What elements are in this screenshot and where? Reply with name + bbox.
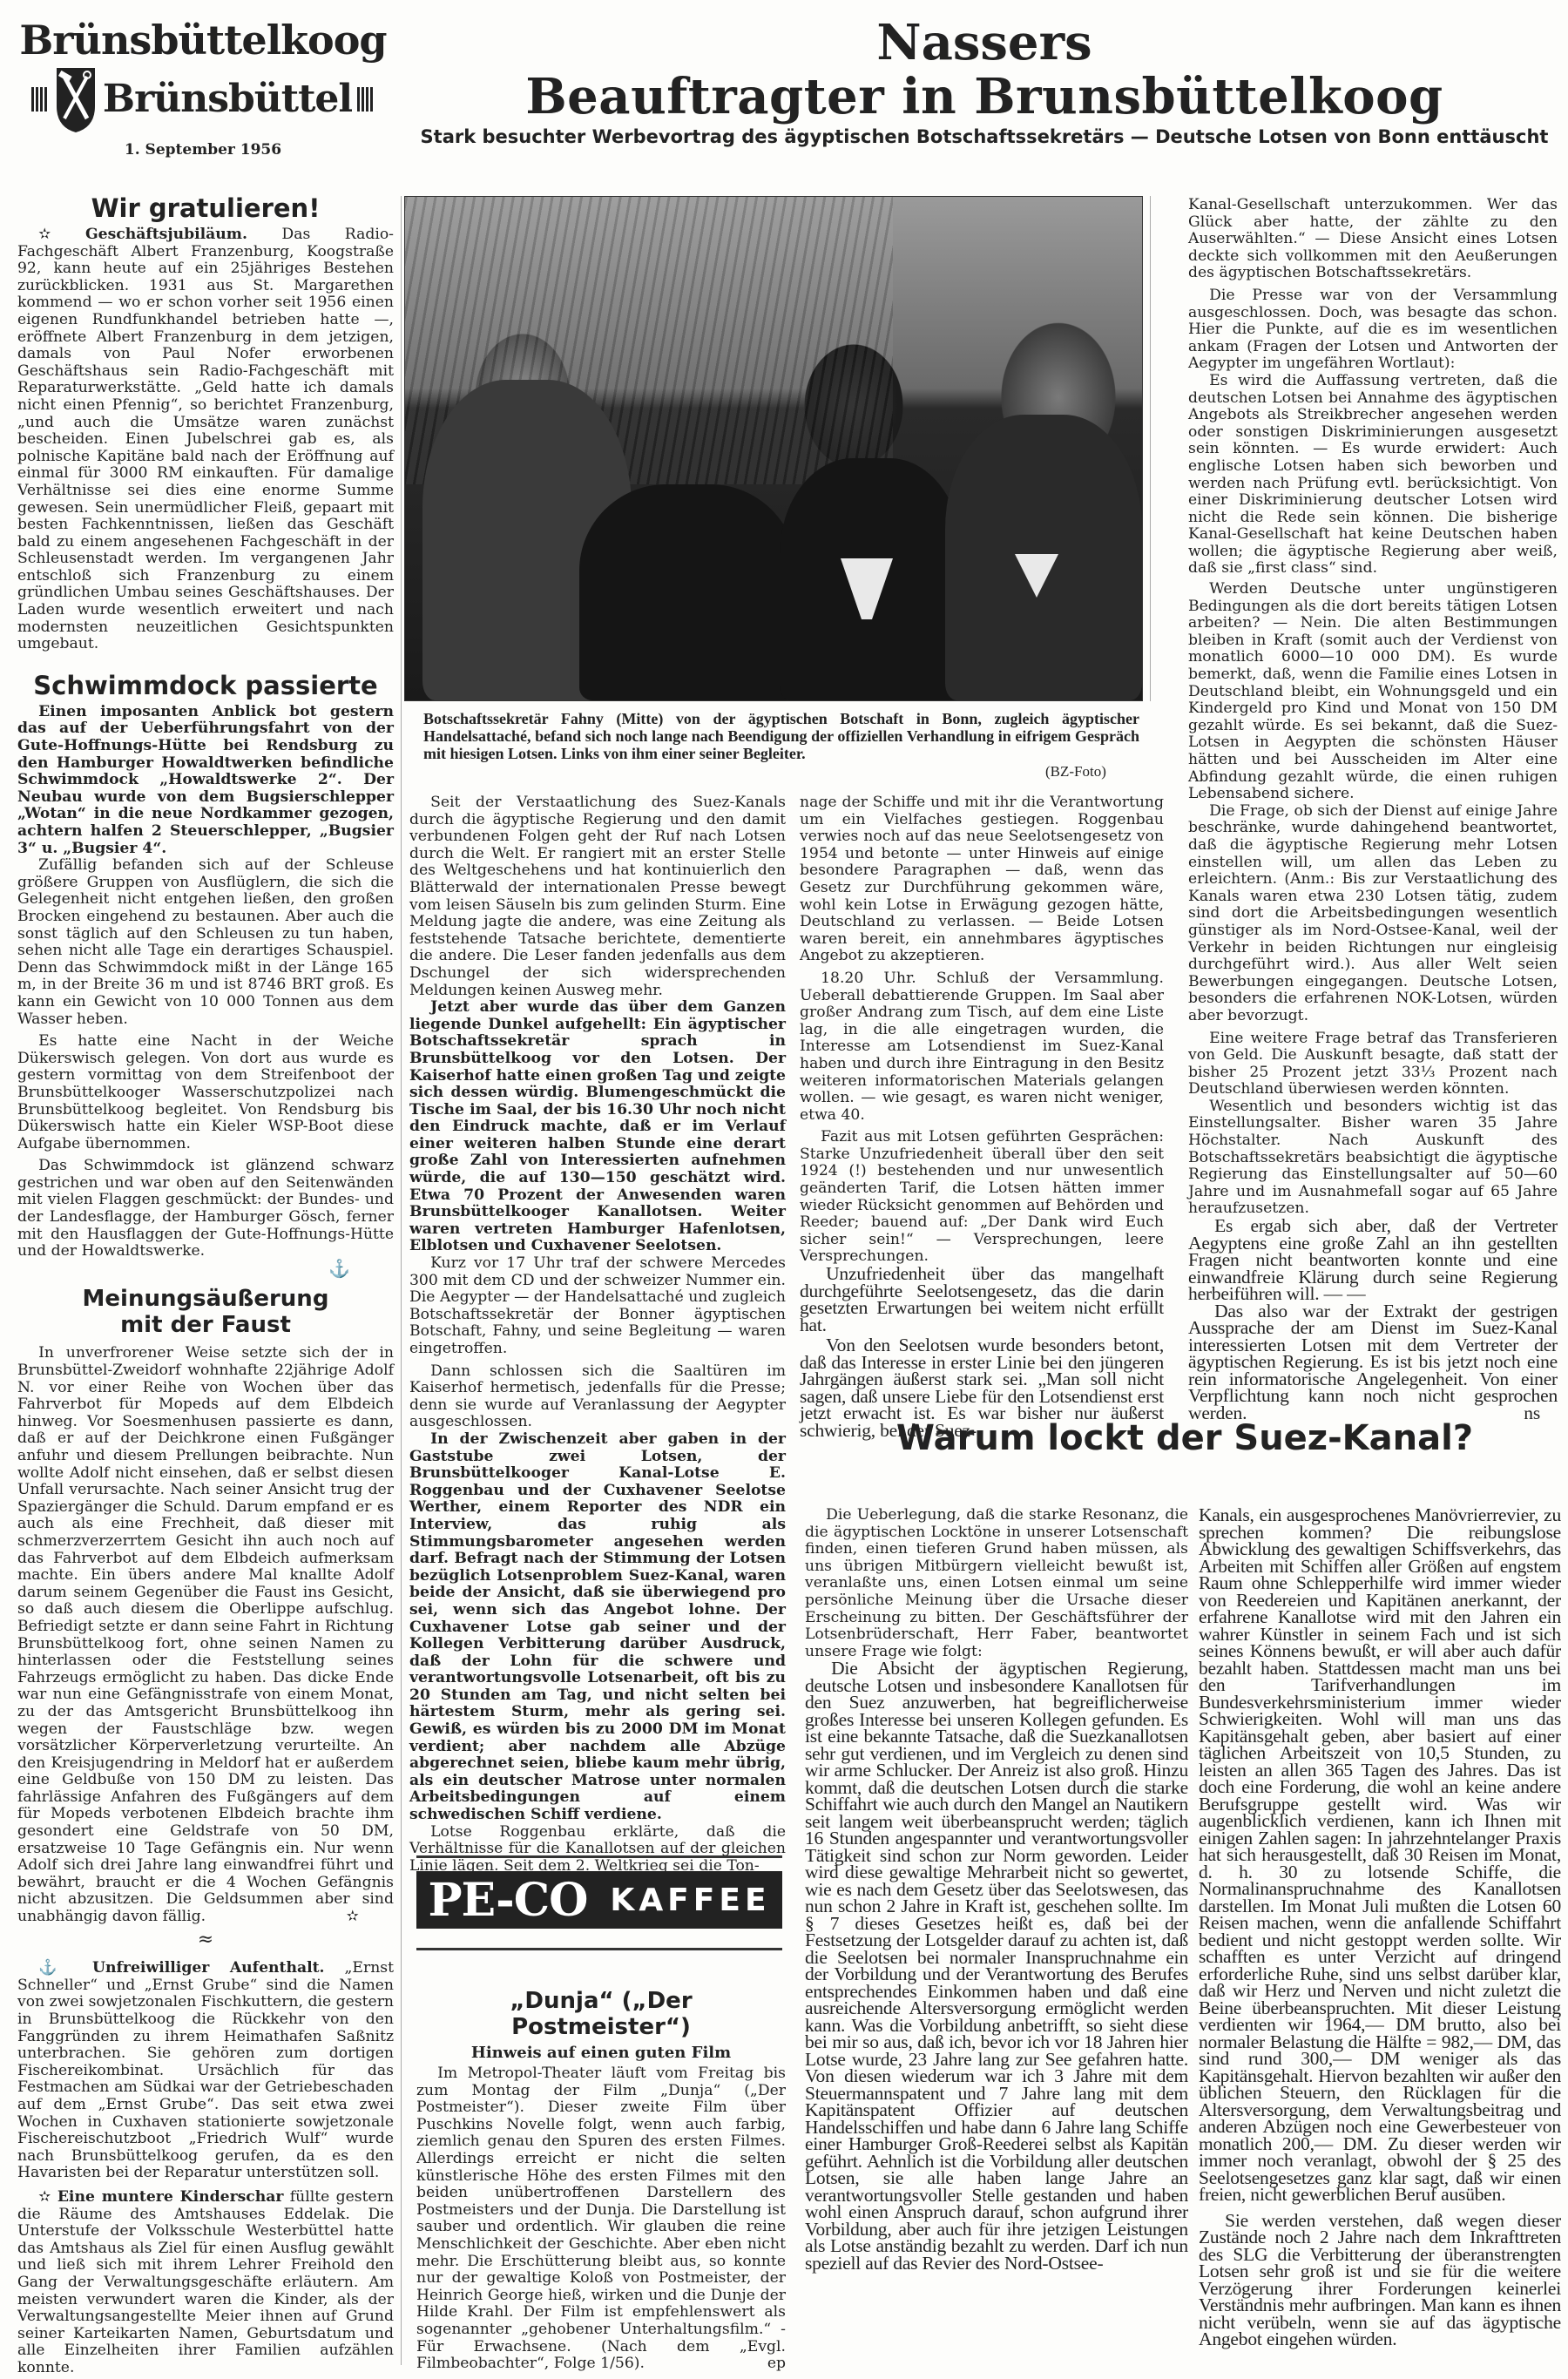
article-aufenthalt: ⚓ Unfreiwilliger Aufenthalt. „Ernst Schn… — [17, 1960, 394, 2182]
paragraph: Die Frage, ob sich der Dienst auf einige… — [1188, 803, 1558, 1025]
paragraph: Lotse Roggenbau erklärte, daß die Verhäl… — [409, 1824, 786, 1875]
paragraph: Die Ueberlegung, daß die starke Resonanz… — [805, 1507, 1188, 1660]
photo-caption: Botschaftssekretär Fahny (Mitte) von der… — [423, 710, 1139, 762]
lead-bold: Unfreiwilliger Aufenthalt. — [92, 1959, 325, 1977]
paragraph: Es hatte eine Nacht in der Weiche Dükers… — [17, 1033, 394, 1152]
ad-product: KAFFEE — [610, 1882, 770, 1918]
article-faust: In unverfrorener Weise setzte sich der i… — [17, 1345, 394, 1948]
masthead: Brünsbüttelkoog Brünsbüttel 1. September… — [16, 16, 390, 159]
paragraph: Sie werden verstehen, daß wegen dieser Z… — [1199, 2213, 1561, 2349]
paragraph: 18.20 Uhr. Schluß der Versammlung. Ueber… — [800, 970, 1164, 1124]
suez-article-title: Warum lockt der Suez-Kanal? — [801, 1418, 1568, 1458]
title-line2: mit der Faust — [17, 1312, 394, 1338]
paragraph: Es wird die Auffassung vertreten, daß di… — [1188, 373, 1558, 578]
paragraph-bold: Jetzt aber wurde das über dem Ganzen lie… — [409, 999, 786, 1255]
paragraph: Kanals, ein ausgesprochenes Manövrierrev… — [1199, 1507, 1561, 2204]
paragraph-text: Das also war der Extrakt der gestrigen A… — [1188, 1301, 1558, 1423]
article-schwimmdock: Einen imposanten Anblick bot gestern das… — [17, 704, 394, 1278]
paragraph: Unzufriedenheit über das mangelhaft durc… — [800, 1266, 1164, 1334]
main-subheadline: Stark besuchter Werbevortrag des ägyptis… — [401, 127, 1568, 147]
main-article-col3: Kanal-Gesellschaft unterzukommen. Wer da… — [1188, 197, 1558, 1422]
paragraph: Das also war der Extrakt der gestrigen A… — [1188, 1303, 1558, 1423]
divider-wave-icon: ≈ — [17, 1931, 394, 1949]
film-review: „Dunja“ („Der Postmeister“) Hinweis auf … — [416, 1988, 786, 2379]
anchor-hammer-crest-icon — [54, 64, 98, 134]
article-text: In unverfrorener Weise setzte sich der i… — [17, 1344, 394, 1925]
column-divider — [401, 196, 402, 2365]
left-column: Wir gratulieren! ✫ Geschäftsjubiläum. Da… — [17, 193, 394, 2376]
photo-figure-second — [579, 484, 797, 700]
paragraph: Dann schlossen sich die Saaltüren im Kai… — [409, 1363, 786, 1431]
lead-bold: Geschäftsjubiläum. — [85, 226, 247, 243]
suez-article-col1: Die Ueberlegung, daß die starke Resonanz… — [805, 1507, 1188, 2272]
paragraph: Fazit aus mit Lotsen geführten Gespräche… — [800, 1129, 1164, 1266]
anchor-signature-icon: ⚓ — [38, 1959, 92, 1977]
author-signature: ep — [747, 2355, 786, 2373]
paragraph: Es ergab sich aber, daß der Vertreter Ae… — [1188, 1218, 1558, 1303]
paragraph: Die Absicht der ägyptischen Regierung, d… — [805, 1660, 1188, 2272]
anchor-signature-icon: ⚓ — [17, 1260, 394, 1278]
article-text: Im Metropol-Theater läuft vom Freitag bi… — [416, 2065, 786, 2372]
article-text: „Ernst Schneller“ und „Ernst Grube“ sind… — [17, 1959, 394, 2181]
main-headline-block: Nassers Beauftragter in Brunsbüttelkoog … — [401, 16, 1568, 147]
advertisement-peco-kaffee: PE-CO KAFFEE — [416, 1871, 782, 1929]
paragraph: Zufällig befanden sich auf der Schleuse … — [17, 857, 394, 1028]
ad-rule-bottom — [416, 1948, 782, 1950]
ad-brand: PE-CO — [428, 1874, 587, 1927]
paragraph: Kurz vor 17 Uhr traf der schwere Mercede… — [409, 1255, 786, 1358]
news-photo — [404, 196, 1143, 701]
suez-article-col2: Kanals, ein ausgesprochenes Manövrierrev… — [1199, 1507, 1561, 2349]
main-article-col2: nage der Schiffe und mit ihr die Verantw… — [800, 794, 1164, 1439]
film-review-body: Im Metropol-Theater läuft vom Freitag bi… — [416, 2065, 786, 2373]
paragraph: Die Presse war von der Versammlung ausge… — [1188, 287, 1558, 373]
ribbon-right-icon — [357, 87, 375, 112]
star-outline-icon: ✫ — [326, 1909, 359, 1926]
ribbon-left-icon — [31, 87, 49, 112]
paragraph: Eine weitere Frage betraf das Transferie… — [1188, 1031, 1558, 1098]
main-headline-line1: Nassers — [401, 16, 1568, 70]
article-kinderschar: ✫ Eine muntere Kinderschar füllte gester… — [17, 2189, 394, 2377]
issue-date: 1. September 1956 — [16, 141, 390, 159]
article-text: Das Radio-Fachgeschäft Albert Franzenbur… — [17, 226, 394, 652]
photo-credit: (BZ-Foto) — [1045, 763, 1106, 781]
article-text: füllte gestern die Räume des Amtshauses … — [17, 2188, 394, 2376]
section-title-gratulieren: Wir gratulieren! — [17, 193, 394, 223]
lead-paragraph: Einen imposanten Anblick bot gestern das… — [17, 704, 394, 857]
star-outline-icon: ✫ — [38, 226, 85, 243]
masthead-title-line1: Brünsbüttelkoog — [16, 16, 390, 64]
film-review-title: „Dunja“ („Der Postmeister“) — [416, 1988, 786, 2040]
main-headline-line2: Beauftragter in Brunsbüttelkoog — [401, 70, 1568, 124]
paragraph: nage der Schiffe und mit ihr die Verantw… — [800, 794, 1164, 965]
lead-bold: Eine muntere Kinderschar — [57, 2188, 284, 2206]
paragraph: Seit der Verstaatlichung des Suez-Kanals… — [409, 794, 786, 999]
column-divider — [1150, 196, 1151, 701]
star-outline-icon: ✫ — [38, 2188, 57, 2206]
paragraph: Werden Deutsche unter ungünstigeren Bedi… — [1188, 581, 1558, 803]
ad-rule-top — [416, 1855, 782, 1858]
paragraph: Wesentlich und besonders wichtig ist das… — [1188, 1098, 1558, 1218]
paragraph-bold: In der Zwischenzeit aber gaben in der Ga… — [409, 1431, 786, 1824]
masthead-row: Brünsbüttel — [16, 64, 390, 134]
title-line1: Meinungsäußerung — [17, 1286, 394, 1312]
section-title-schwimmdock: Schwimmdock passierte — [17, 671, 394, 700]
film-review-subtitle: Hinweis auf einen guten Film — [416, 2044, 786, 2062]
section-title-faust: Meinungsäußerung mit der Faust — [17, 1286, 394, 1338]
paragraph: Kanal-Gesellschaft unterzukommen. Wer da… — [1188, 197, 1558, 282]
main-article-col1: Seit der Verstaatlichung des Suez-Kanals… — [409, 794, 786, 1875]
masthead-title-line2: Brünsbüttel — [103, 75, 352, 124]
article-gratulieren: ✫ Geschäftsjubiläum. Das Radio-Fachgesch… — [17, 226, 394, 653]
paragraph: Das Schwimmdock ist glänzend schwarz ges… — [17, 1158, 394, 1260]
